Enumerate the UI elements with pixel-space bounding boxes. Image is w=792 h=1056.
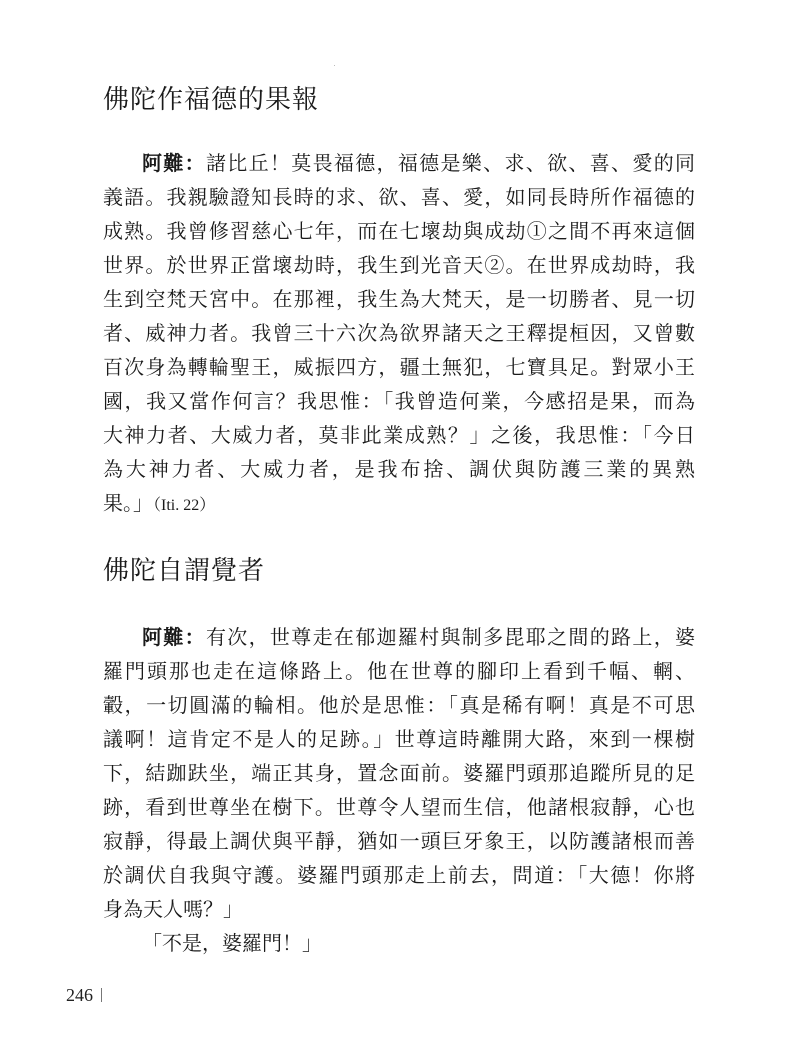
section-heading: 佛陀作福德的果報 bbox=[103, 85, 319, 115]
sutta-reference: （Iti. 22） bbox=[153, 497, 215, 514]
text-line: 成熟。我曾修習慈心七年，而在七壞劫與成劫①之間不再來這個 bbox=[103, 214, 695, 248]
section-heading: 佛陀自謂覺者 bbox=[103, 556, 265, 586]
text-line: 果。」（Iti. 22） bbox=[103, 486, 695, 520]
text-line: 百次身為轉輪聖王，威振四方，疆土無犯，七寶具足。對眾小王 bbox=[103, 350, 695, 384]
text-line: 國，我又當作何言？我思惟：「我曾造何業，今感招是果，而為 bbox=[103, 384, 695, 418]
section-paragraph: 阿難：諸比丘！莫畏福德，福德是樂、求、欲、喜、愛的同 義語。我親驗證知長時的求、… bbox=[103, 146, 695, 520]
reply-line: 「不是，婆羅門！」 bbox=[103, 926, 695, 960]
text-line: 寂靜，得最上調伏與平靜，猶如一頭巨牙象王，以防護諸根而善 bbox=[103, 824, 695, 858]
text-line: 義語。我親驗證知長時的求、欲、喜、愛，如同長時所作福德的 bbox=[103, 180, 695, 214]
text-line: 生到空梵天宮中。在那裡，我生為大梵天，是一切勝者、見一切 bbox=[103, 282, 695, 316]
page-number-divider bbox=[101, 988, 102, 1002]
book-page: 佛陀作福德的果報 阿難：諸比丘！莫畏福德，福德是樂、求、欲、喜、愛的同 義語。我… bbox=[0, 0, 792, 1056]
text-line: 羅門頭那也走在這條路上。他在世尊的腳印上看到千幅、輞、 bbox=[103, 654, 695, 688]
text-line: 大神力者、大威力者，莫非此業成熟？」之後，我思惟：「今日 bbox=[103, 418, 695, 452]
text-line: 阿難：諸比丘！莫畏福德，福德是樂、求、欲、喜、愛的同 bbox=[103, 146, 695, 180]
text-line: 轂，一切圓滿的輪相。他於是思惟：「真是稀有啊！真是不可思 bbox=[103, 688, 695, 722]
speaker-label: 阿難： bbox=[142, 625, 206, 649]
section-paragraph: 阿難：有次，世尊走在郁迦羅村與制多毘耶之間的路上，婆 羅門頭那也走在這條路上。他… bbox=[103, 620, 695, 960]
text-line: 世界。於世界正當壞劫時，我生到光音天②。在世界成劫時，我 bbox=[103, 248, 695, 282]
text-line: 阿難：有次，世尊走在郁迦羅村與制多毘耶之間的路上，婆 bbox=[103, 620, 695, 654]
text-line: 身為天人嗎？」 bbox=[103, 892, 695, 926]
text-line: 跡，看到世尊坐在樹下。世尊令人望而生信，他諸根寂靜，心也 bbox=[103, 790, 695, 824]
text-line: 於調伏自我與守護。婆羅門頭那走上前去，問道：「大德！你將 bbox=[103, 858, 695, 892]
text-line: 下，結跏趺坐，端正其身，置念面前。婆羅門頭那追蹤所見的足 bbox=[103, 756, 695, 790]
scan-speck bbox=[334, 65, 335, 66]
page-number: 246 bbox=[66, 985, 102, 1006]
text-line: 為大神力者、大威力者，是我布捨、調伏與防護三業的異熟 bbox=[103, 452, 695, 486]
speaker-label: 阿難： bbox=[142, 151, 206, 175]
text-line: 者、威神力者。我曾三十六次為欲界諸天之王釋提桓因，又曾數 bbox=[103, 316, 695, 350]
text-line: 議啊！這肯定不是人的足跡。」世尊這時離開大路，來到一棵樹 bbox=[103, 722, 695, 756]
